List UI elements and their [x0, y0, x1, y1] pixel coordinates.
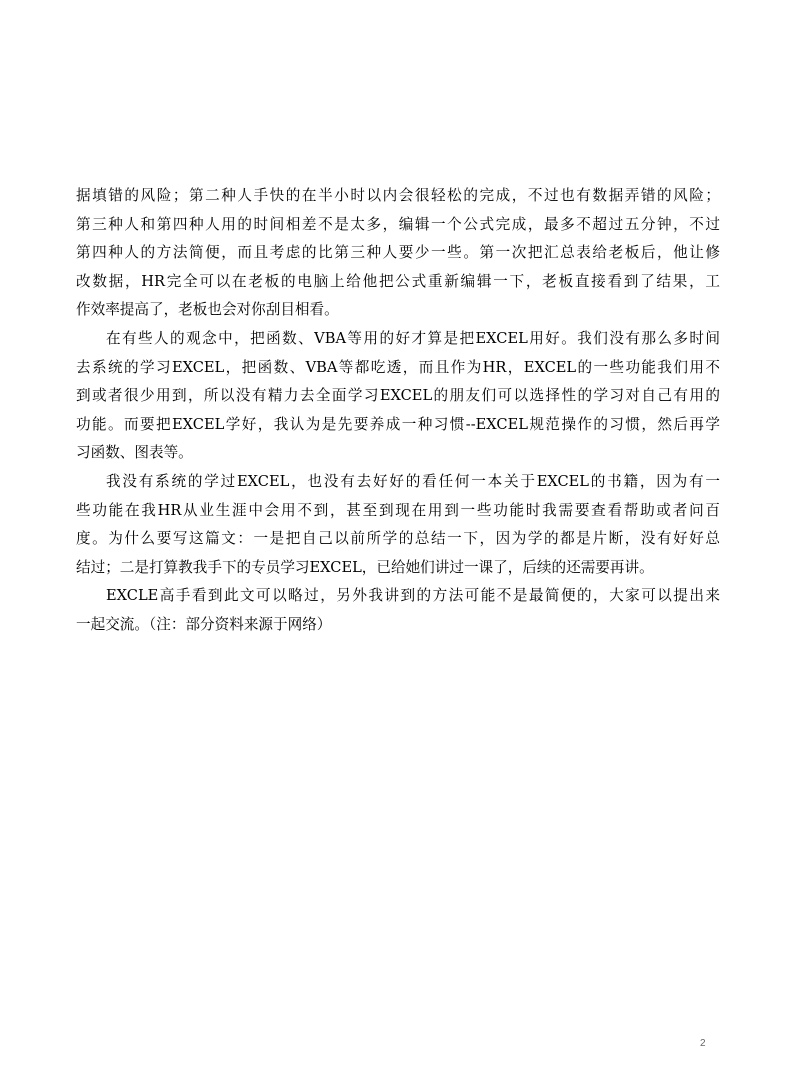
text-line: 度。为什么要写这篇文：一是把自己以前所学的总结一下，因为学的都是片断，没有好好总	[76, 525, 720, 554]
text-line: 结过；二是打算教我手下的专员学习EXCEL，已给她们讲过一课了，后续的还需要再讲…	[76, 554, 720, 583]
text-line: 第四种人的方法简便，而且考虑的比第三种人要少一些。第一次把汇总表给老板后，他让修	[76, 239, 720, 268]
text-line: 第三种人和第四种人用的时间相差不是太多，编辑一个公式完成，最多不超过五分钟，不过	[76, 211, 720, 240]
text-line: 改数据，HR完全可以在老板的电脑上给他把公式重新编辑一下，老板直接看到了结果，工	[76, 268, 720, 297]
text-line: 些功能在我HR从业生涯中会用不到，甚至到现在用到一些功能时我需要查看帮助或者问百	[76, 497, 720, 526]
text-line: 我没有系统的学过EXCEL，也没有去好好的看任何一本关于EXCEL的书籍，因为有…	[76, 468, 720, 497]
text-line: 习函数、图表等。	[76, 439, 720, 468]
text-line: 据填错的风险；第二种人手快的在半小时以内会很轻松的完成，不过也有数据弄错的风险；	[76, 182, 720, 211]
text-line: EXCLE高手看到此文可以略过，另外我讲到的方法可能不是最简便的，大家可以提出来	[76, 582, 720, 611]
page-number: 2	[700, 1038, 706, 1049]
paragraph-3: 我没有系统的学过EXCEL，也没有去好好的看任何一本关于EXCEL的书籍，因为有…	[76, 468, 720, 582]
text-line: 到或者很少用到，所以没有精力去全面学习EXCEL的朋友们可以选择性的学习对自己有…	[76, 382, 720, 411]
paragraph-4: EXCLE高手看到此文可以略过，另外我讲到的方法可能不是最简便的，大家可以提出来…	[76, 582, 720, 639]
document-body: 据填错的风险；第二种人手快的在半小时以内会很轻松的完成，不过也有数据弄错的风险；…	[76, 182, 720, 640]
paragraph-2: 在有些人的观念中，把函数、VBA等用的好才算是把EXCEL用好。我们没有那么多时…	[76, 325, 720, 468]
text-line: 去系统的学习EXCEL，把函数、VBA等都吃透，而且作为HR，EXCEL的一些功…	[76, 354, 720, 383]
text-line: 作效率提高了，老板也会对你刮目相看。	[76, 296, 720, 325]
text-line: 在有些人的观念中，把函数、VBA等用的好才算是把EXCEL用好。我们没有那么多时…	[76, 325, 720, 354]
text-line: 一起交流。（注：部分资料来源于网络）	[76, 611, 720, 640]
text-line: 功能。而要把EXCEL学好，我认为是先要养成一种习惯--EXCEL规范操作的习惯…	[76, 411, 720, 440]
paragraph-1: 据填错的风险；第二种人手快的在半小时以内会很轻松的完成，不过也有数据弄错的风险；…	[76, 182, 720, 325]
